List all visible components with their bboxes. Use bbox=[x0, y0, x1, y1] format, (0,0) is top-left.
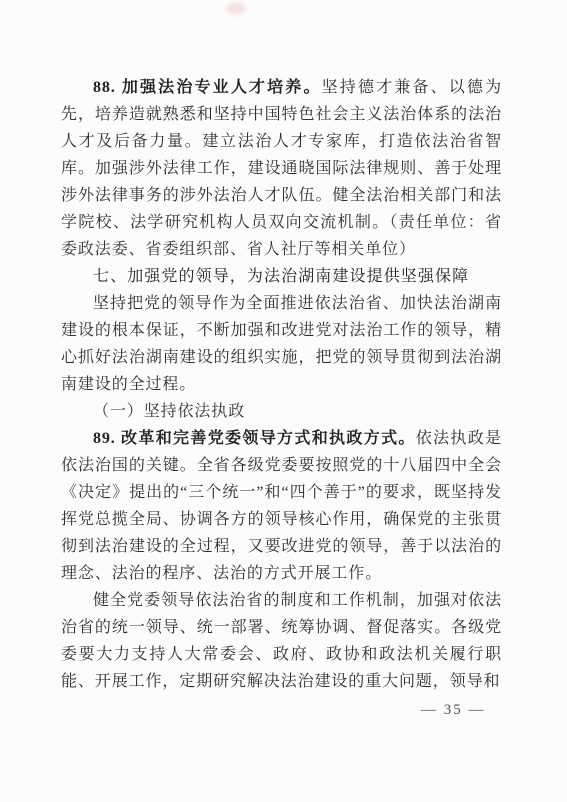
item-89-body: 依法执政是依法治国的关键。全省各级党委要按照党的十八届四中全会《决定》提出的“三… bbox=[61, 430, 502, 582]
item-89-heading: 89. 改革和完善党委领导方式和执政方式。 bbox=[93, 430, 416, 447]
item-88-heading: 88. 加强法治专业人才培养。 bbox=[93, 79, 322, 96]
document-content: 88. 加强法治专业人才培养。坚持德才兼备、以德为先，培养造就熟悉和坚持中国特色… bbox=[61, 74, 502, 695]
page-number: — 35 — bbox=[421, 702, 486, 719]
paragraph-item-89: 89. 改革和完善党委领导方式和执政方式。依法执政是依法治国的关键。全省各级党委… bbox=[61, 425, 502, 587]
scanned-document-page: 88. 加强法治专业人才培养。坚持德才兼备、以德为先，培养造就熟悉和坚持中国特色… bbox=[0, 0, 567, 802]
section-heading-part-7: 七、加强党的领导，为法治湖南建设提供坚强保障 bbox=[61, 263, 502, 290]
item-88-body: 坚持德才兼备、以德为先，培养造就熟悉和坚持中国特色社会主义法治体系的法治人才及后… bbox=[61, 79, 502, 231]
paragraph-section-lead-in: 坚持把党的领导作为全面推进依法治省、加快法治湖南建设的根本保证，不断加强和改进党… bbox=[61, 290, 502, 398]
paragraph-item-89-continued: 健全党委领导依法治省的制度和工作机制，加强对依法治省的统一领导、统一部署、统筹协… bbox=[61, 587, 502, 695]
scan-smudge-mark bbox=[226, 2, 246, 15]
paragraph-item-88: 88. 加强法治专业人才培养。坚持德才兼备、以德为先，培养造就熟悉和坚持中国特色… bbox=[61, 74, 502, 263]
sub-heading-1-adhere-law-based-governance: （一）坚持依法执政 bbox=[61, 398, 502, 425]
